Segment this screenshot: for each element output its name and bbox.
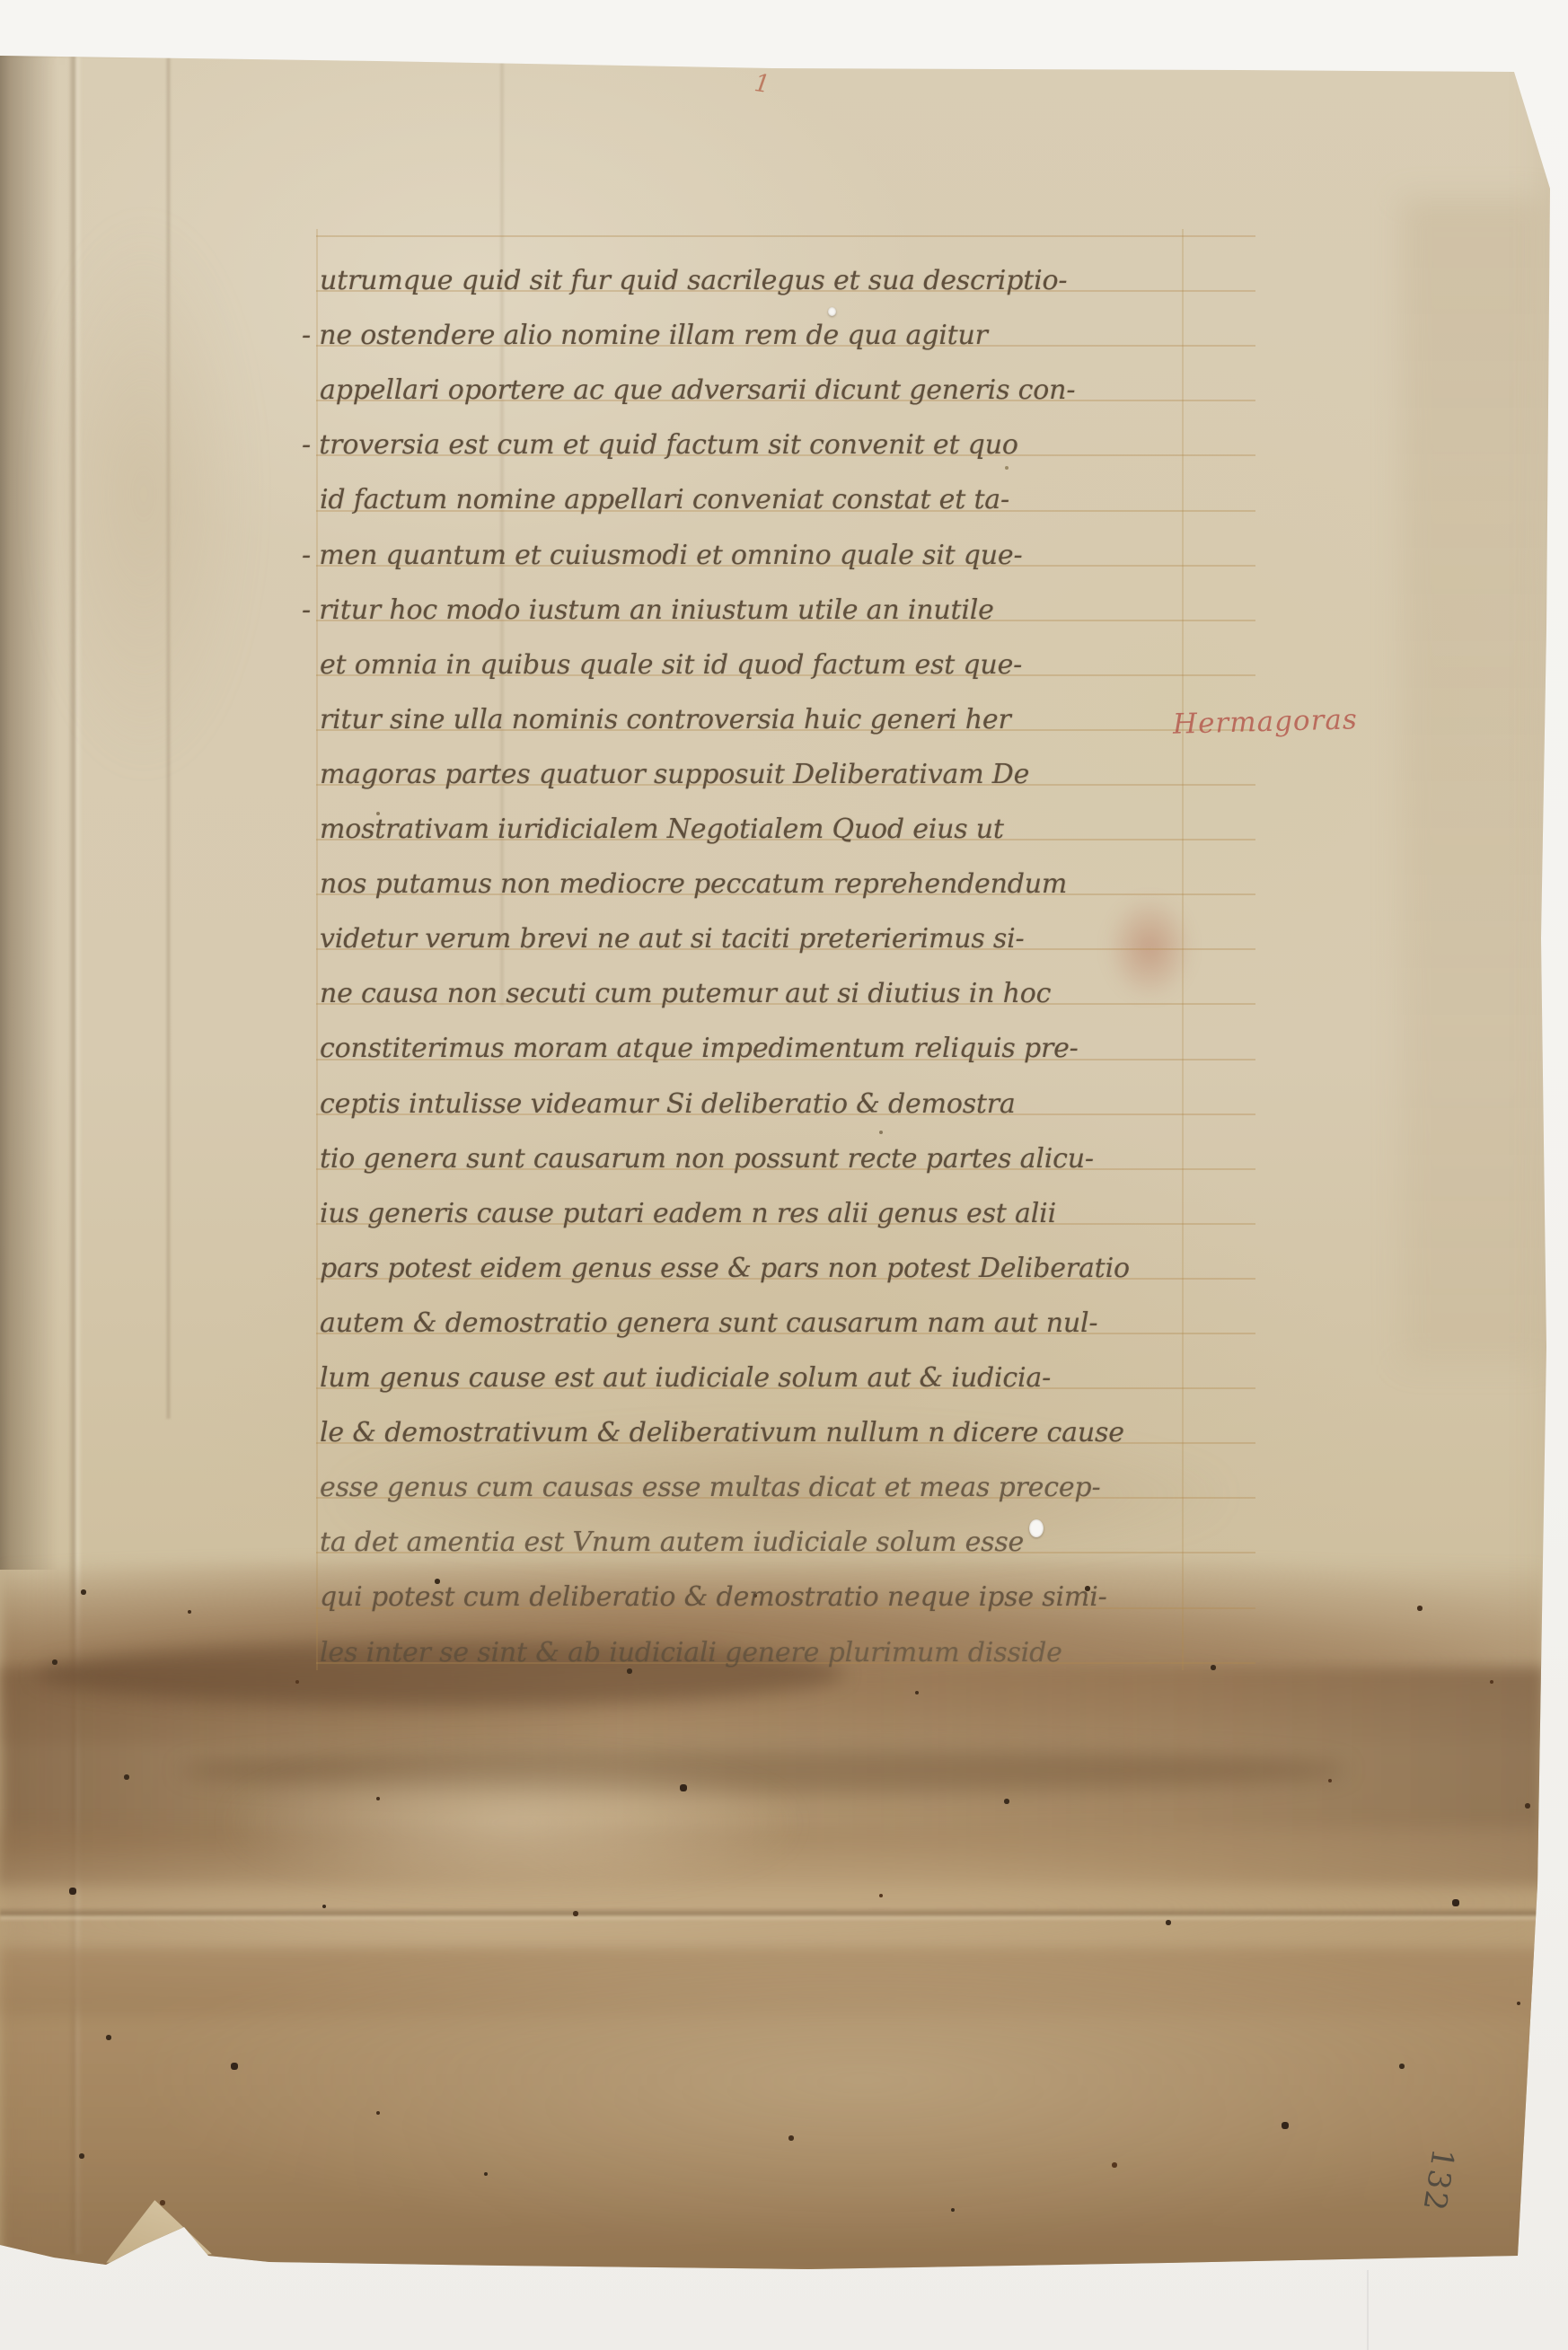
- top-margin-mark: 1: [753, 69, 771, 99]
- manuscript-text-line: appellari oportere ac que adversarii dic…: [320, 374, 1164, 407]
- binding-edge-shadow: [0, 52, 57, 1570]
- manuscript-text-line: mostrativam iuridicialem Negotialem Quod…: [320, 814, 1164, 846]
- stain-overlay: [36, 216, 251, 772]
- manuscript-text-line: - men quantum et cuiusmodi et omnino qua…: [320, 540, 1164, 572]
- stain-light-patch: [233, 1756, 790, 1890]
- stain-streak: [180, 1747, 1347, 1793]
- manuscript-text-line: le & demostrativum & deliberativum nullu…: [320, 1417, 1164, 1449]
- manuscript-text-line: - ne ostendere alio nomine illam rem de …: [320, 320, 1164, 352]
- horizontal-fold-crease: [0, 1907, 1541, 1922]
- manuscript-text-line: utrumque quid sit fur quid sacrilegus et…: [320, 265, 1164, 297]
- manuscript-text-line: - troversia est cum et quid factum sit c…: [320, 429, 1164, 462]
- stain-overlay: [0, 1949, 1568, 2276]
- stain-overlay: [0, 1827, 1545, 2016]
- vertical-fold-ridge: [68, 54, 83, 2254]
- vertical-crease: [165, 54, 172, 1419]
- stain-overlay: [0, 1667, 1545, 1887]
- manuscript-text-line: lum genus cause est aut iudiciale solum …: [320, 1362, 1164, 1395]
- top-edge-shading: [0, 52, 1550, 57]
- scan-background: utrumque quid sit fur quid sacrilegus et…: [0, 0, 1568, 2350]
- parchment-hole: [1029, 1519, 1044, 1537]
- manuscript-text-line: esse genus cum causas esse multas dicat …: [320, 1472, 1164, 1504]
- dirt-specks: [0, 0, 2, 2]
- scanner-background-crease: [1367, 2270, 1369, 2350]
- manuscript-text-line: tio genera sunt causarum non possunt rec…: [320, 1143, 1164, 1175]
- manuscript-text-line: ceptis intulisse videamur Si deliberatio…: [320, 1088, 1164, 1121]
- stain-overlay: [1401, 198, 1545, 1365]
- manuscript-text-line: constiterimus moram atque impedimentum r…: [320, 1033, 1164, 1065]
- manuscript-text-line: qui potest cum deliberatio & demostratio…: [320, 1581, 1164, 1614]
- manuscript-text-line: ius generis cause putari eadem n res ali…: [320, 1198, 1164, 1230]
- marginal-gloss-hermagoras: Hermagoras: [1173, 703, 1359, 740]
- manuscript-text-line: magoras partes quatuor supposuit Deliber…: [320, 759, 1164, 791]
- manuscript-text-line: et omnia in quibus quale sit id quod fac…: [320, 649, 1164, 682]
- manuscript-text-line: ne causa non secuti cum putemur aut si d…: [320, 978, 1164, 1010]
- vertical-crease: [499, 54, 505, 1006]
- corner-shelfmark: 132: [1415, 2146, 1461, 2214]
- manuscript-text-line: les inter se sint & ab iudiciali genere …: [320, 1637, 1164, 1669]
- manuscript-text-line: ritur sine ulla nominis controversia hui…: [320, 704, 1164, 736]
- manuscript-text-line: nos putamus non mediocre peccatum repreh…: [320, 868, 1164, 901]
- manuscript-text-line: pars potest eidem genus esse & pars non …: [320, 1253, 1164, 1285]
- manuscript-text-line: autem & demostratio genera sunt causarum…: [320, 1307, 1164, 1340]
- parchment-leaf: utrumque quid sit fur quid sacrilegus et…: [0, 0, 1568, 2350]
- manuscript-text-line: - ritur hoc modo iustum an iniustum util…: [320, 594, 1164, 627]
- ruling-margin-line: [1182, 229, 1184, 1670]
- folded-corner: [106, 2200, 212, 2263]
- ruling-line: [316, 235, 1255, 237]
- parchment-pinhole: [828, 307, 836, 316]
- manuscript-text-line: videtur verum brevi ne aut si taciti pre…: [320, 923, 1164, 955]
- manuscript-text-line: id factum nomine appellari conveniat con…: [320, 484, 1164, 516]
